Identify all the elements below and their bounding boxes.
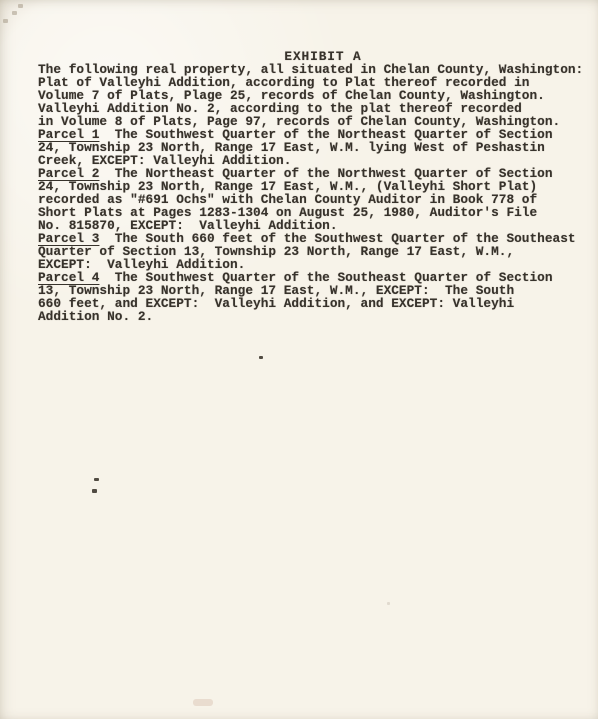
parcel-1-body: The Southwest Quarter of the Northeast Q…	[38, 127, 553, 168]
scan-smudge	[193, 699, 213, 706]
parcel-4-paragraph: Parcel 4 The Southwest Quarter of the So…	[38, 271, 584, 323]
parcel-3-body: The South 660 feet of the Southwest Quar…	[38, 231, 576, 272]
scan-speck	[387, 602, 390, 605]
scan-speck	[3, 19, 8, 23]
parcel-2-paragraph: Parcel 2 The Northeast Quarter of the No…	[38, 167, 584, 232]
parcel-3-paragraph: Parcel 3 The South 660 feet of the South…	[38, 232, 584, 271]
recital-paragraph-1: Plat of Valleyhi Addition, according to …	[38, 76, 584, 102]
scan-speck	[94, 478, 99, 481]
parcel-4-body: The Southwest Quarter of the Southeast Q…	[38, 270, 553, 324]
scan-speck	[92, 489, 97, 493]
scan-speck	[18, 4, 23, 8]
parcel-2-body: The Northeast Quarter of the Northwest Q…	[38, 166, 553, 233]
parcel-1-paragraph: Parcel 1 The Southwest Quarter of the No…	[38, 128, 584, 167]
recital-paragraph-2: Valleyhi Addition No. 2, according to th…	[38, 102, 584, 128]
document-content: EXHIBIT A The following real property, a…	[0, 0, 598, 323]
scan-speck	[12, 11, 17, 15]
document-page: EXHIBIT A The following real property, a…	[0, 0, 598, 719]
scan-speck	[259, 356, 263, 359]
